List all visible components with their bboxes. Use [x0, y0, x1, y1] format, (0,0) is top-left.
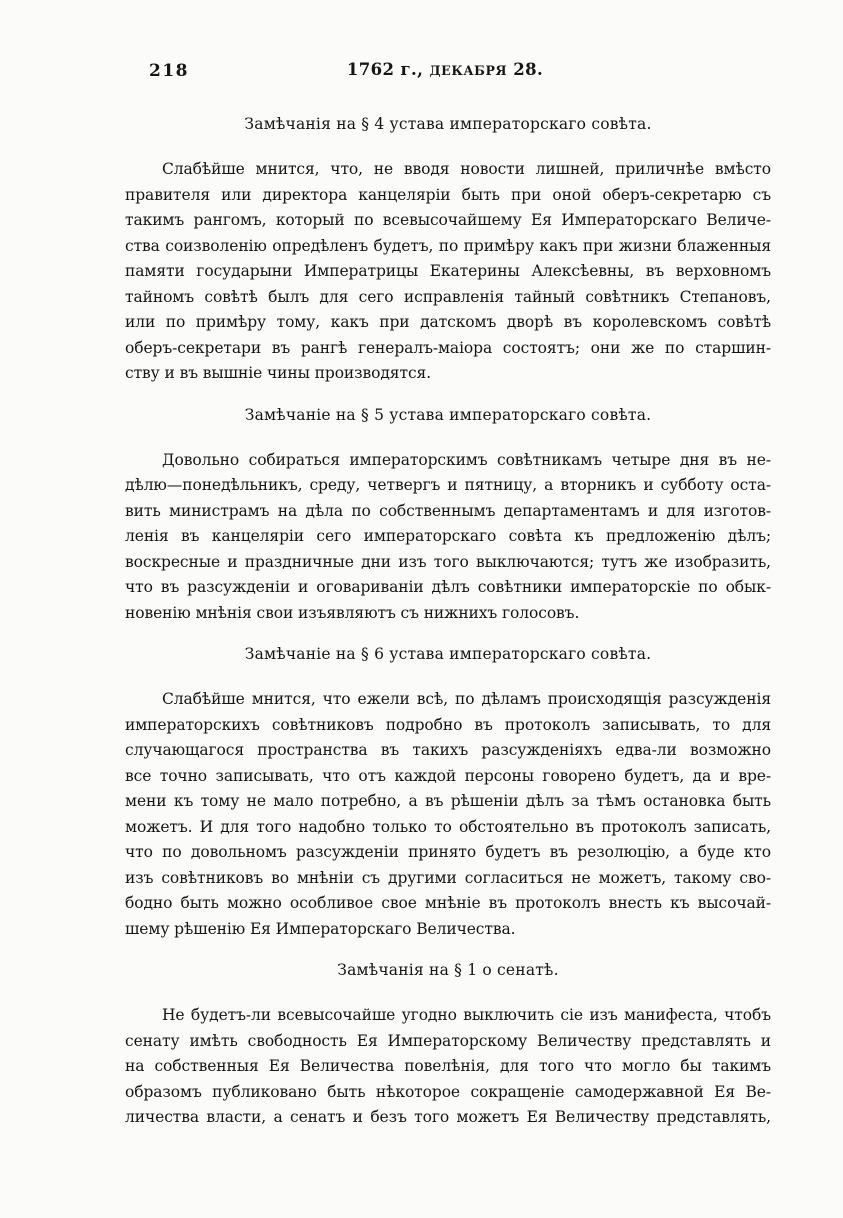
text-line: бодно быть можно особливое свое мнѣніе в… — [125, 891, 771, 917]
section-heading: Замѣчаніе на § 6 устава императорскаго с… — [125, 642, 771, 667]
paragraph: Не будетъ-ли всевысочайше угодно выключи… — [125, 1003, 771, 1131]
text-line: правителя или директора канцеляріи быть … — [125, 183, 771, 209]
text-line: можетъ. И для того надобно только то обс… — [125, 815, 771, 841]
paragraph: Слабѣйше мнится, что, не вводя новости л… — [125, 157, 771, 387]
text-line: новенію мнѣнія свои изъявляютъ съ нижних… — [125, 601, 771, 627]
running-head-day: 28. — [513, 60, 543, 79]
text-line: личества власти, а сенатъ и безъ того мо… — [125, 1105, 771, 1131]
text-line: мени къ тому не мало потребно, а въ рѣше… — [125, 789, 771, 815]
text-line: образомъ публиковано быть нѣкоторое сокр… — [125, 1080, 771, 1106]
text-line: воскресные и праздничные дни изъ того вы… — [125, 550, 771, 576]
text-line: что по довольномъ разсужденіи принято бу… — [125, 840, 771, 866]
text-line: вить министрамъ на дѣла по собственнымъ … — [125, 499, 771, 525]
text-line: такимъ рангомъ, который по всевысочайшем… — [125, 208, 771, 234]
paragraph: Довольно собираться императорскимъ совѣт… — [125, 448, 771, 627]
page-number: 218 — [149, 61, 189, 81]
text-line: тайномъ совѣтѣ былъ для сего исправленія… — [125, 285, 771, 311]
text-line: оберъ-секретари въ рангѣ генералъ-маіора… — [125, 336, 771, 362]
section-heading: Замѣчаніе на § 5 устава императорскаго с… — [125, 403, 771, 428]
text-line: изъ совѣтниковъ во мнѣніи съ другими сог… — [125, 866, 771, 892]
text-line: ству и въ вышніе чины производятся. — [125, 361, 771, 387]
running-head-month: декабря — [429, 63, 507, 78]
text-line: ленія въ канцеляріи сего императорскаго … — [125, 524, 771, 550]
text-line: или по примѣру тому, какъ при датскомъ д… — [125, 310, 771, 336]
text-line: дѣлю—понедѣльникъ, среду, четвергъ и пят… — [125, 473, 771, 499]
text-line: Довольно собираться императорскимъ совѣт… — [125, 448, 771, 474]
page-head: 218 1762 г., декабря 28. — [125, 60, 771, 86]
text-block: Замѣчанія на § 4 устава императорскаго с… — [125, 112, 771, 1131]
text-line: что въ разсужденіи и оговариваніи дѣлъ с… — [125, 575, 771, 601]
text-line: Не будетъ-ли всевысочайше угодно выключи… — [125, 1003, 771, 1029]
text-line: Слабѣйше мнится, что, не вводя новости л… — [125, 157, 771, 183]
text-line: сенату имѣть свободность Ея Императорско… — [125, 1029, 771, 1055]
section-heading: Замѣчанія на § 4 устава императорскаго с… — [125, 112, 771, 137]
text-line: Слабѣйше мнится, что ежели всѣ, по дѣлам… — [125, 687, 771, 713]
section-heading: Замѣчанія на § 1 о сенатѣ. — [125, 958, 771, 983]
paragraph: Слабѣйше мнится, что ежели всѣ, по дѣлам… — [125, 687, 771, 942]
text-line: ства соизволенію опредѣленъ будетъ, по п… — [125, 234, 771, 260]
text-line: случающагося пространства въ такихъ разс… — [125, 738, 771, 764]
text-line: памяти государыни Императрицы Екатерины … — [125, 259, 771, 285]
text-line: шему рѣшенію Ея Императорскаго Величеств… — [125, 917, 771, 943]
text-line: императорскихъ совѣтниковъ подробно въ п… — [125, 713, 771, 739]
running-head-year: 1762 г., — [347, 60, 423, 79]
scanned-book-page: 218 1762 г., декабря 28. Замѣчанія на § … — [0, 0, 843, 1218]
text-line: все точно записывать, что отъ каждой пер… — [125, 764, 771, 790]
running-head: 1762 г., декабря 28. — [125, 60, 705, 79]
text-line: на собственныя Ея Величества повелѣнія, … — [125, 1054, 771, 1080]
